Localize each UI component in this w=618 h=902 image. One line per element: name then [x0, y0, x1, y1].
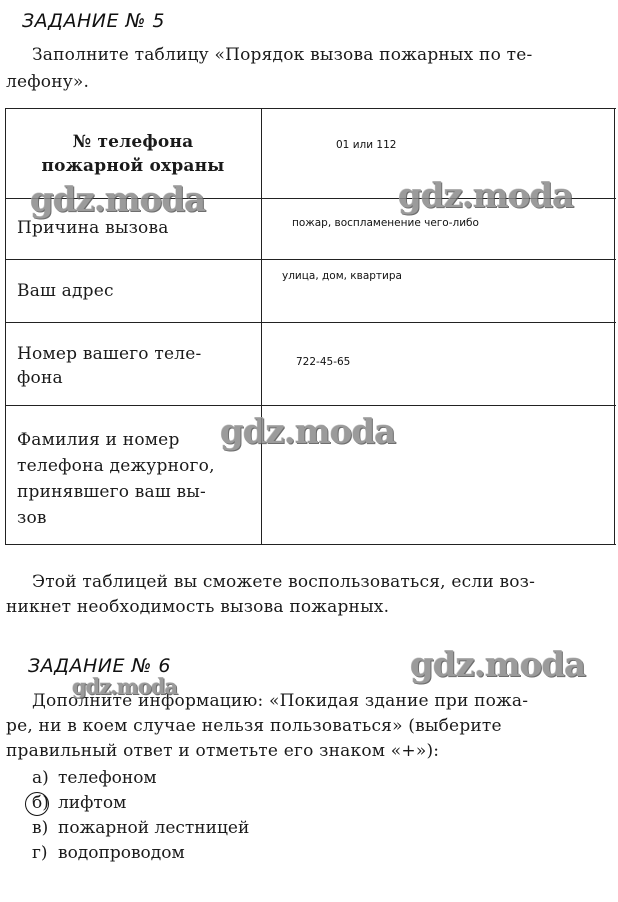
- task-5-note-line-1: Этой таблицей вы сможете воспользоваться…: [32, 570, 535, 594]
- label-line: принявшего ваш вы-: [17, 479, 215, 505]
- watermark: gdz.moda: [410, 645, 585, 685]
- option-a[interactable]: а)телефоном: [32, 766, 157, 790]
- table-row-label: Ваш адрес: [17, 279, 114, 303]
- option-text: лифтом: [58, 793, 126, 813]
- task-5-note-line-2: никнет необходимость вызова пожарных.: [6, 595, 389, 619]
- table-row-label: Причина вызова: [17, 216, 169, 240]
- answer-address[interactable]: улица, дом, квартира: [282, 270, 402, 282]
- label-line: пожарной охраны: [5, 154, 261, 178]
- option-c[interactable]: в)пожарной лестницей: [32, 816, 249, 840]
- label-line: зов: [17, 505, 215, 531]
- table-row-label: Фамилия и номер телефона дежурного, прин…: [17, 427, 215, 531]
- option-b[interactable]: б)лифтом: [32, 791, 126, 815]
- answer-fire-phone[interactable]: 01 или 112: [336, 139, 396, 151]
- table-row-divider: [5, 405, 616, 406]
- table-border-bottom: [5, 544, 616, 545]
- option-text: телефоном: [58, 768, 157, 788]
- task-6-instruction-line-3: правильный ответ и отметьте его знаком «…: [6, 739, 439, 763]
- answer-call-reason[interactable]: пожар, воспламенение чего-либо: [292, 217, 479, 229]
- task-5-instruction-line-1: Заполните таблицу «Порядок вызова пожарн…: [32, 43, 532, 67]
- table-row-label: № телефона пожарной охраны: [5, 130, 261, 178]
- fire-call-table: № телефона пожарной охраны 01 или 112 Пр…: [5, 108, 616, 545]
- option-d[interactable]: г)водопроводом: [32, 841, 185, 865]
- table-border-right: [614, 108, 615, 545]
- table-border-top: [5, 108, 616, 109]
- label-line: Фамилия и номер: [17, 427, 215, 453]
- answer-dispatcher[interactable]: [285, 438, 605, 528]
- label-line: фона: [17, 366, 201, 390]
- option-text: водопроводом: [58, 843, 185, 863]
- table-row-divider: [5, 322, 616, 323]
- label-line: № телефона: [5, 130, 261, 154]
- option-letter: а): [32, 766, 58, 790]
- task-6-instruction-line-2: ре, ни в коем случае нельзя пользоваться…: [6, 714, 502, 738]
- task-5-instruction-line-2: лефону».: [6, 70, 89, 94]
- label-line: Номер вашего теле-: [17, 342, 201, 366]
- table-row-divider: [5, 259, 616, 260]
- selected-circle-mark: [25, 792, 49, 816]
- task-5-title: ЗАДАНИЕ № 5: [22, 10, 165, 32]
- option-text: пожарной лестницей: [58, 818, 249, 838]
- table-row-label: Номер вашего теле- фона: [17, 342, 201, 390]
- answer-your-phone[interactable]: 722-45-65: [296, 356, 350, 368]
- table-row-divider: [5, 198, 616, 199]
- label-line: телефона дежурного,: [17, 453, 215, 479]
- table-column-divider: [261, 108, 262, 545]
- option-letter: в): [32, 816, 58, 840]
- task-6-title: ЗАДАНИЕ № 6: [28, 655, 171, 677]
- task-6-instruction-line-1: Дополните информацию: «Покидая здание пр…: [32, 689, 528, 713]
- option-letter: г): [32, 841, 58, 865]
